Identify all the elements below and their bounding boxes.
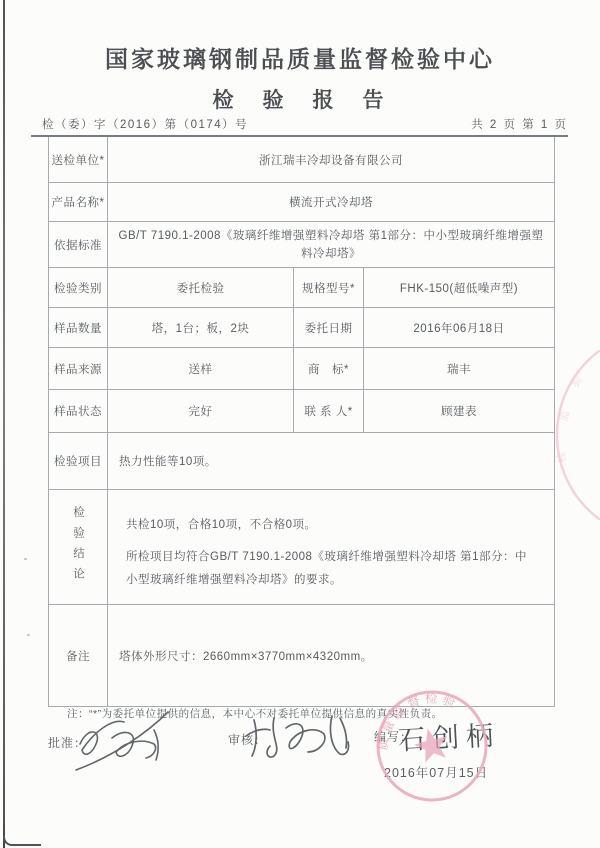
field-value: 横流开式冷却塔	[108, 183, 554, 221]
edge-seal-char: 检	[553, 451, 569, 464]
field-label: 联 系 人*	[294, 390, 364, 432]
field-label: 送检单位*	[49, 137, 108, 182]
field-value: 塔体外形尺寸：2660mm×3770mm×4320mm。	[108, 605, 554, 706]
table-row-product-name: 产品名称* 横流开式冷却塔	[49, 183, 554, 222]
field-label: 备注	[49, 605, 108, 706]
field-label: 依据标准	[49, 222, 108, 267]
table-row-inspection-items: 检验项目 热力性能等10项。	[49, 433, 554, 490]
field-label: 样品来源	[49, 348, 108, 389]
field-label: 检验结论	[49, 490, 108, 604]
field-label: 规格型号*	[294, 268, 364, 307]
field-value: 委托检验	[108, 268, 294, 307]
table-row-conclusion: 检验结论 共检10项，合格10项，不合格0项。 所检项目均符合GB/T 7190…	[49, 490, 554, 605]
center-name-title: 国家玻璃钢制品质量监督检验中心	[0, 41, 600, 74]
field-value: 热力性能等10项。	[108, 433, 554, 489]
conclusion-text: 共检10项，合格10项，不合格0项。 所检项目均符合GB/T 7190.1-20…	[108, 490, 554, 604]
approve-label: 批准：	[48, 734, 87, 751]
field-label: 样品状态	[49, 390, 108, 432]
field-value: 送样	[108, 348, 294, 389]
edge-seal-char: 验	[567, 373, 585, 390]
scan-page-edge	[3, 0, 5, 848]
scan-corner-edge	[3, 835, 41, 846]
field-label: 样品数量	[49, 308, 108, 347]
table-row-inspection-type: 检验类别 委托检验 规格型号* FHK-150(超低噪声型)	[49, 268, 554, 308]
field-label: 委托日期	[294, 308, 364, 347]
table-row-sample-state: 样品状态 完好 联 系 人* 顾建表	[49, 390, 554, 433]
field-value: 塔，1台；板，2块	[108, 308, 294, 347]
page-indicator: 共 2 页 第 1 页	[471, 116, 568, 132]
conclusion-line: 所检项目均符合GB/T 7190.1-2008《玻璃纤维增强塑料冷却塔 第1部分…	[126, 546, 538, 592]
partial-edge-seal: 验 监 检	[552, 350, 600, 520]
table-row-sample-source: 样品来源 送样 商 标* 瑞丰	[49, 348, 554, 390]
report-title: 检 验 报 告	[0, 84, 600, 114]
field-value: GB/T 7190.1-2008《玻璃纤维增强塑料冷却塔 第1部分：中小型玻璃纤…	[108, 222, 554, 267]
table-row-sample-qty: 样品数量 塔，1台；板，2块 委托日期 2016年06月18日	[49, 308, 554, 348]
scan-speck	[27, 634, 30, 636]
report-number: 检（委）字（2016）第（0174）号	[42, 116, 248, 132]
field-value: FHK-150(超低噪声型)	[364, 268, 554, 307]
conclusion-line: 共检10项，合格10项，不合格0项。	[126, 514, 538, 537]
field-label: 检验项目	[49, 433, 108, 489]
scan-speck	[24, 558, 27, 560]
field-label: 产品名称*	[49, 183, 108, 221]
field-label: 商 标*	[294, 348, 364, 389]
vertical-label-text: 检验结论	[70, 506, 86, 588]
report-table: 送检单位* 浙江瑞丰冷却设备有限公司 产品名称* 横流开式冷却塔 依据标准 GB…	[48, 137, 555, 707]
field-value: 2016年06月18日	[364, 308, 554, 347]
seal-star-icon	[411, 724, 452, 764]
field-value: 顾建表	[364, 390, 554, 432]
field-value: 瑞丰	[364, 348, 554, 389]
field-value: 完好	[108, 390, 294, 432]
review-label: 审核：	[228, 731, 267, 748]
field-label: 检验类别	[49, 268, 108, 307]
field-value: 浙江瑞丰冷却设备有限公司	[108, 137, 554, 182]
table-row-consignor: 送检单位* 浙江瑞丰冷却设备有限公司	[49, 137, 554, 183]
table-row-standard: 依据标准 GB/T 7190.1-2008《玻璃纤维增强塑料冷却塔 第1部分：中…	[49, 222, 554, 268]
